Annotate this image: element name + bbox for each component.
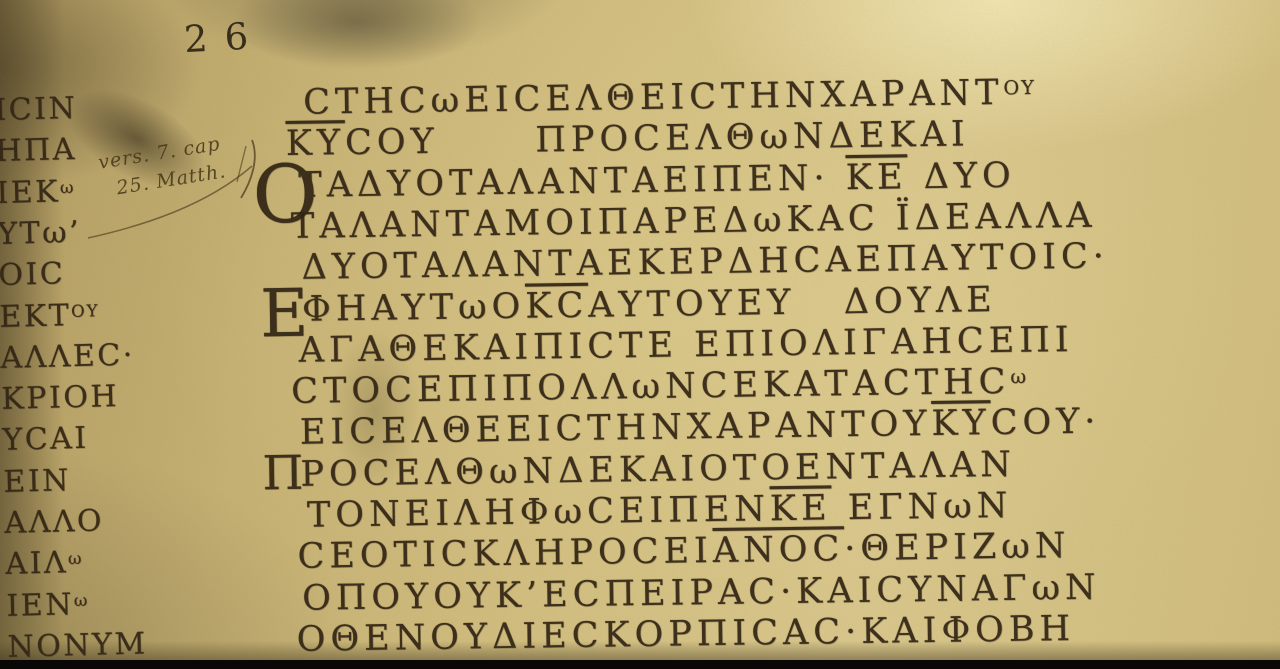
text-segment: ΑΥΤΟΥΕΥ ΔΟΥΛΕ bbox=[588, 280, 997, 326]
text-segment: CΕΟΤΙCΚΛΗΡΟCΕΙ bbox=[297, 531, 713, 577]
margin-note: vers. 7. cap 25. Matth. bbox=[96, 131, 228, 205]
text-segment: ΟΥ bbox=[1003, 76, 1036, 99]
manuscript-line: ΕΦΗΑΥΤωΟΚCΑΥΤΟΥΕΥ ΔΟΥΛΕ bbox=[302, 283, 997, 328]
text-segment: ΕΙΝ bbox=[3, 463, 71, 500]
initial-letter: Π bbox=[262, 454, 309, 492]
left-column-fragment: ΟΙC bbox=[0, 260, 66, 292]
left-column-fragment: ΥΤω’ bbox=[0, 218, 82, 250]
left-column-fragment: ΕΚΤΟΥ bbox=[0, 300, 100, 332]
page-number: 26 bbox=[183, 14, 266, 61]
text-segment: COΥ ΠΡΟCΕΛΘωΝΔΕΚΑΙ bbox=[345, 115, 970, 164]
text-segment: ΟΙC bbox=[0, 257, 66, 294]
left-column-fragment: ΙΕΚω bbox=[0, 177, 76, 209]
text-segment: ΙΕΚ bbox=[0, 174, 60, 211]
manuscript-photo: 26 vers. 7. cap 25. Matth. ΙCΙΝΗΠΑΙΕΚωΥΤ… bbox=[0, 0, 1280, 669]
left-column-fragment: ΥCΑΙ bbox=[2, 424, 89, 456]
left-column-fragment: ΚΡΙΟΗ bbox=[1, 382, 119, 415]
text-segment: ΗΠΑ bbox=[0, 132, 77, 169]
nomen-sacrum: ΚC bbox=[525, 285, 588, 326]
left-column-fragment: ΑΙΛω bbox=[5, 548, 84, 580]
text-segment: ΟΥ bbox=[71, 301, 100, 321]
text-segment: ΤΟΝΕΙΛΗΦωCΕΙΠΕΝ bbox=[307, 489, 770, 535]
manuscript-line: ΚΥCOΥ ΠΡΟCΕΛΘωΝΔΕΚΑΙ bbox=[286, 118, 970, 163]
left-column-fragment: ΙΕΝω bbox=[6, 589, 90, 621]
text-segment: ΙCΙΝ bbox=[0, 91, 78, 128]
text-segment: ω bbox=[60, 177, 76, 196]
text-segment: ΚΡΙΟΗ bbox=[1, 379, 120, 417]
nomen-sacrum: ΚΥ bbox=[931, 404, 991, 445]
text-segment: ΕΙCΕΛΘΕΕΙCΤΗΝΧΑΡΑΝΤΟΥ bbox=[300, 404, 932, 453]
text-segment: ΑΙΛ bbox=[5, 546, 69, 583]
left-column-fragment: ΗΠΑ bbox=[0, 135, 77, 167]
manuscript-line: ΟΤΑΔΥΟΤΑΛΑΝΤΑΕΙΠΕΝ· ΚΕ ΔΥΟ bbox=[298, 158, 1016, 203]
text-segment: ω bbox=[74, 590, 90, 609]
left-column-fragment: ΑΛΛΕC· bbox=[0, 340, 135, 373]
parchment-stain-top bbox=[232, 0, 482, 70]
text-segment: ·ΘΕΡΙΖωΝ bbox=[844, 526, 1071, 569]
text-segment: COΥ· bbox=[990, 402, 1100, 444]
text-segment: ω bbox=[68, 549, 84, 568]
photo-bottom-edge bbox=[0, 660, 1280, 669]
nomen-sacrum: ΚΕ bbox=[845, 157, 907, 198]
text-segment: ΥΤω’ bbox=[0, 215, 82, 252]
text-segment: ΑΛΛΕC· bbox=[0, 337, 135, 375]
manuscript-line: ΤΟΝΕΙΛΗΦωCΕΙΠΕΝΚΕ ΕΓΝωΝ bbox=[307, 489, 1013, 534]
text-segment: ΦΗΑΥΤωΟ bbox=[302, 286, 526, 329]
nomen-sacrum: ΑΝΟC bbox=[713, 530, 845, 572]
bottom-shadow bbox=[0, 641, 1280, 661]
text-segment: ω bbox=[1010, 365, 1028, 388]
text-segment: ΙΕΝ bbox=[6, 587, 74, 624]
text-segment: ΔΥΟ bbox=[907, 155, 1016, 197]
left-column-fragment: ΕΙΝ bbox=[3, 466, 71, 498]
left-column-fragment: ΙCΙΝ bbox=[0, 94, 78, 126]
nomen-sacrum: ΚΕ bbox=[770, 488, 832, 529]
text-segment: ΤΑΔΥΟΤΑΛΑΝΤΑΕΙΠΕΝ· bbox=[298, 158, 846, 206]
text-segment: ΕΓΝωΝ bbox=[831, 486, 1012, 529]
manuscript-line: CΤΗCωΕΙCΕΛΘΕΙCΤΗΝΧΑΡΑΝΤΟΥ bbox=[303, 75, 1036, 120]
text-segment: ΥCΑΙ bbox=[2, 421, 89, 458]
text-segment: ΕΚΤ bbox=[0, 298, 72, 335]
text-segment: ΑΛΛΟ bbox=[4, 503, 104, 540]
left-column-fragment: ΑΛΛΟ bbox=[4, 506, 104, 538]
manuscript-line: ΠΡΟCΕΛΘωΝΔΕΚΑΙΟΤΟΕΝΤΑΛΑΝ bbox=[300, 447, 1016, 492]
